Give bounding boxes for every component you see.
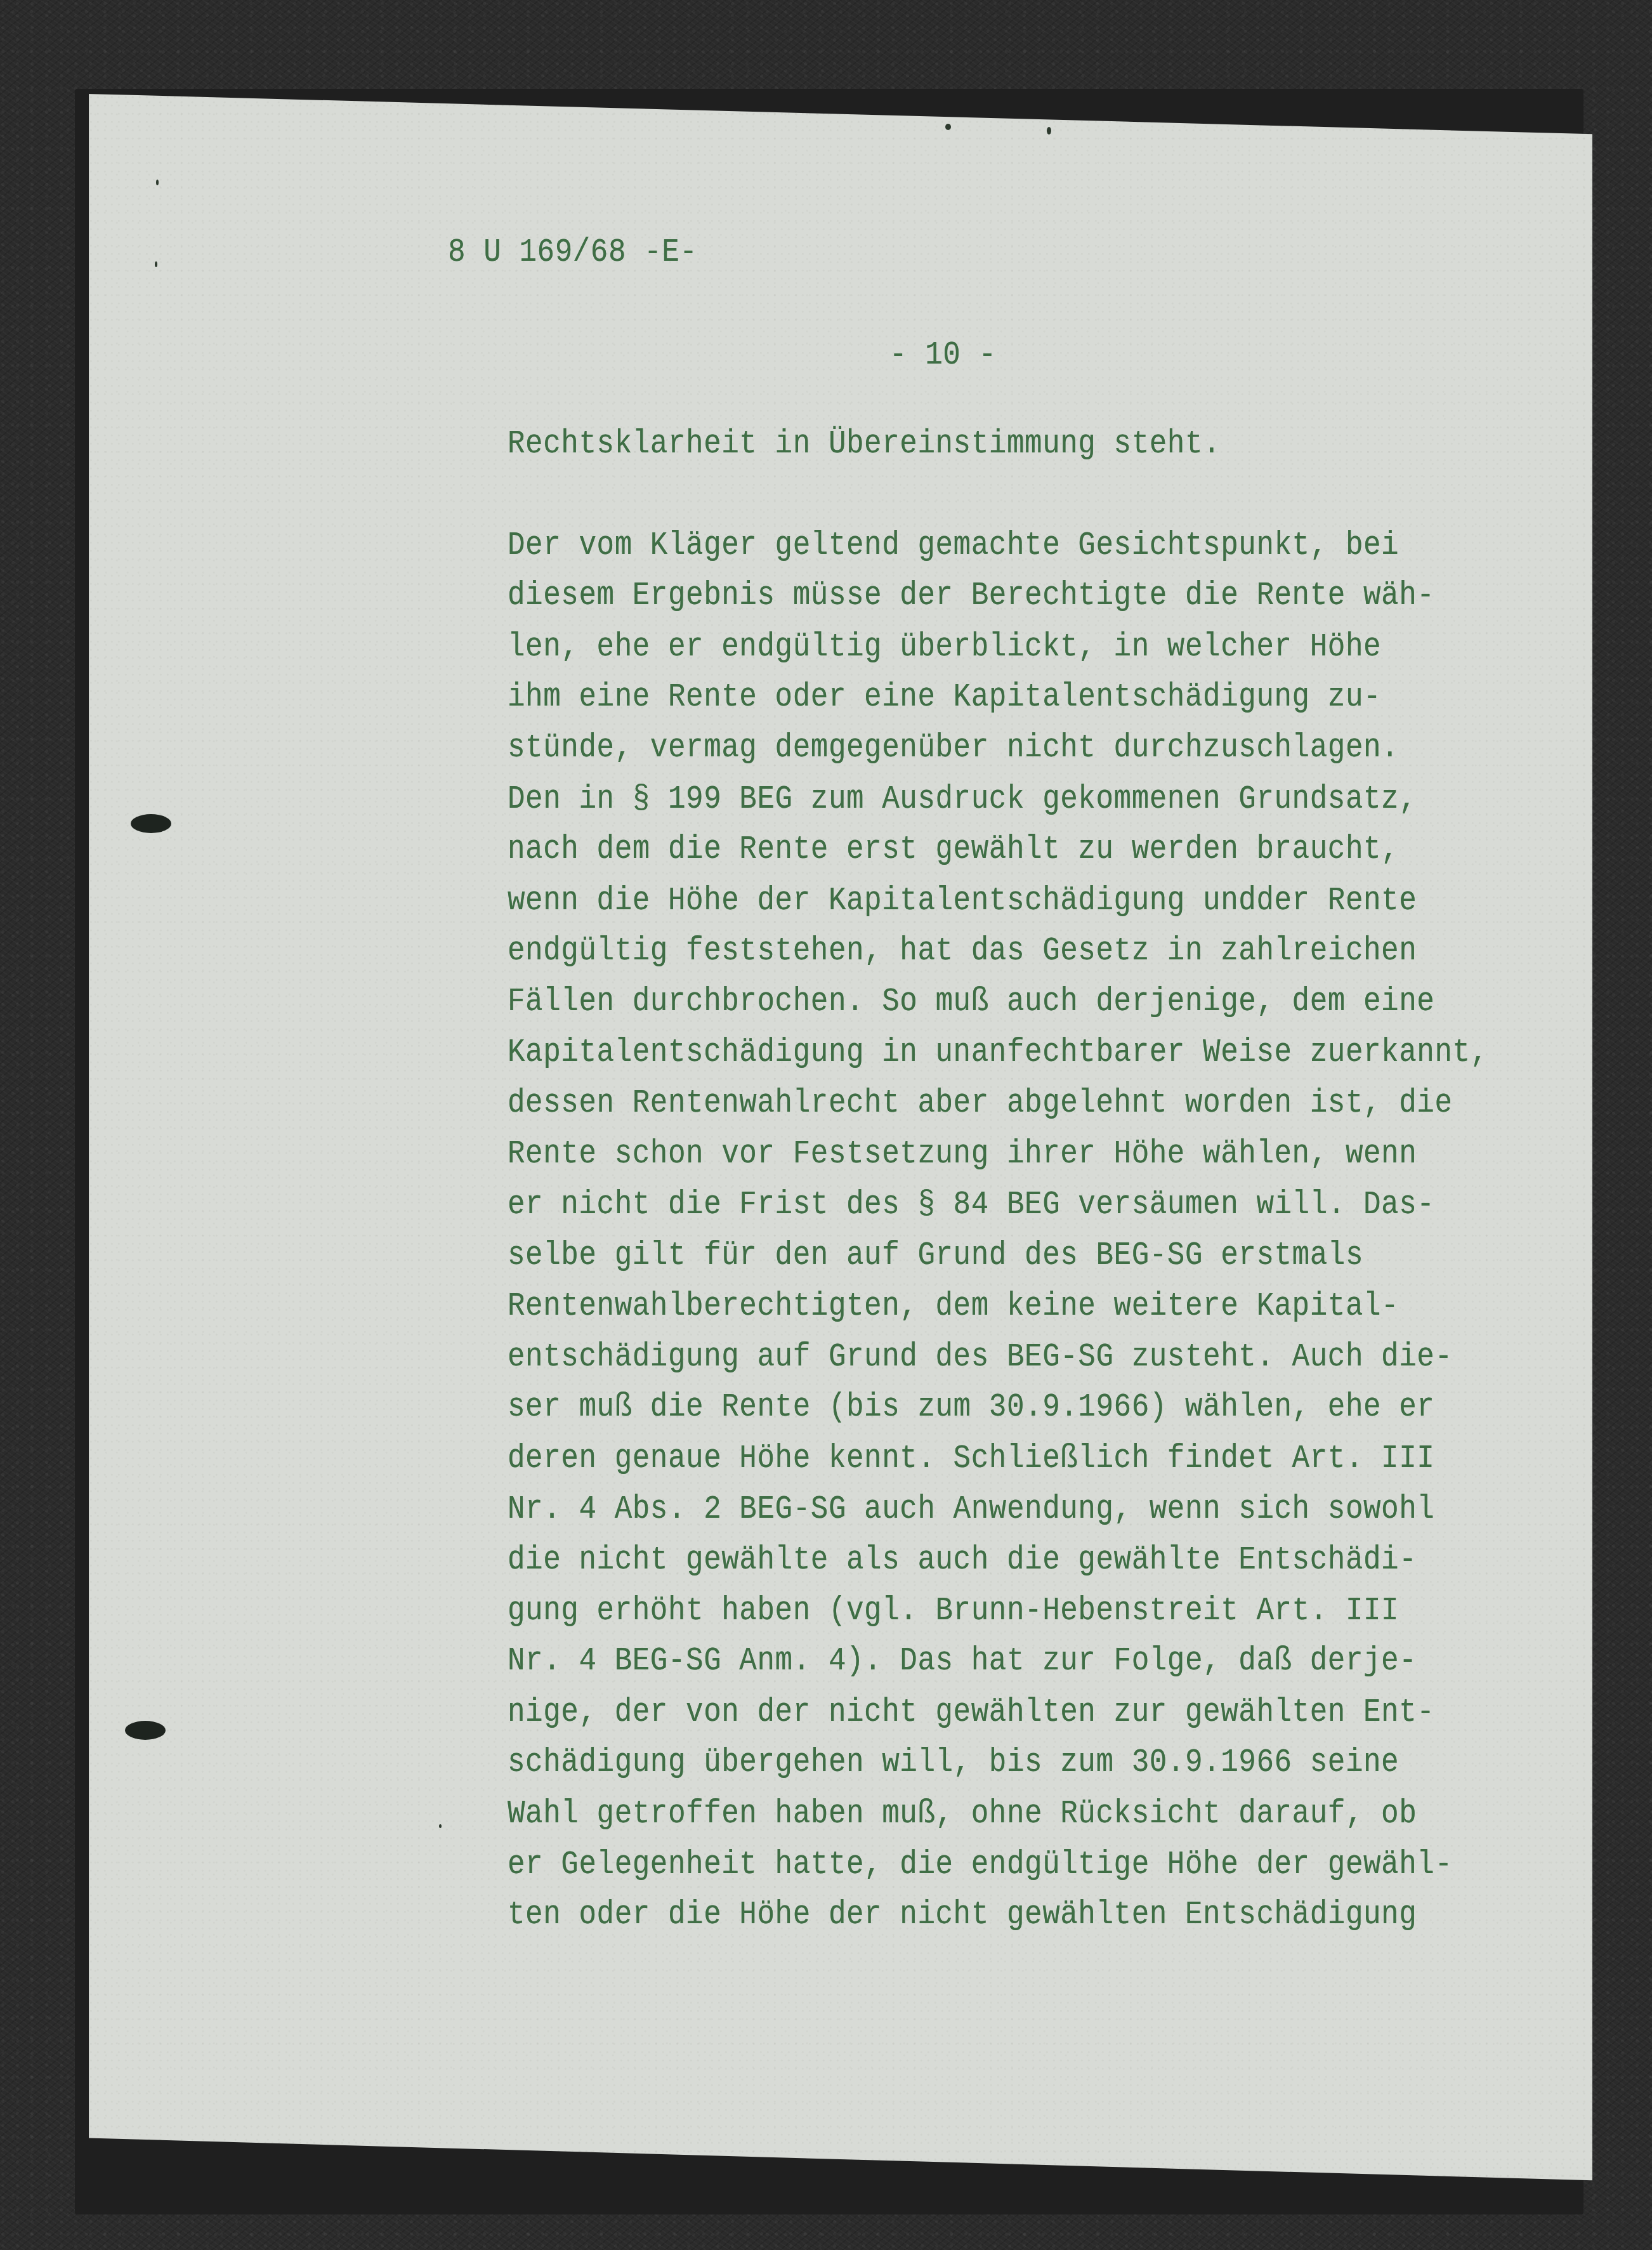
page-number: - 10 -	[889, 330, 997, 381]
ink-speck	[945, 124, 951, 130]
text-line: Den in § 199 BEG zum Ausdruck gekommenen…	[508, 774, 1488, 825]
text-line: er Gelegenheit hatte, die endgültige Höh…	[508, 1839, 1488, 1890]
ink-speck	[155, 261, 157, 267]
text-line: Nr. 4 BEG-SG Anm. 4). Das hat zur Folge,…	[508, 1636, 1488, 1687]
text-line: ten oder die Höhe der nicht gewählten En…	[508, 1890, 1488, 1941]
text-line: nach dem die Rente erst gewählt zu werde…	[508, 825, 1488, 876]
text-line: schädigung übergehen will, bis zum 30.9.…	[508, 1738, 1488, 1789]
ink-speck	[439, 1824, 442, 1828]
text-line: endgültig feststehen, hat das Gesetz in …	[508, 926, 1488, 977]
punch-hole-icon	[131, 814, 171, 833]
text-line: Wahl getroffen haben muß, ohne Rücksicht…	[508, 1789, 1488, 1839]
text-line: Nr. 4 Abs. 2 BEG-SG auch Anwendung, wenn…	[508, 1484, 1488, 1535]
text-line: Der vom Kläger geltend gemachte Gesichts…	[508, 520, 1488, 571]
case-number: 8 U 169/68 -E-	[448, 227, 697, 278]
text-line: Kapitalentschädigung in unanfechtbarer W…	[508, 1027, 1488, 1078]
paragraph-gap	[508, 470, 1488, 520]
text-line: stünde, vermag demgegenüber nicht durchz…	[508, 723, 1488, 774]
text-line: entschädigung auf Grund des BEG-SG zuste…	[508, 1332, 1488, 1383]
text-line: nige, der von der nicht gewählten zur ge…	[508, 1687, 1488, 1738]
ink-speck	[156, 180, 159, 185]
text-line: gung erhöht haben (vgl. Brunn-Hebenstrei…	[508, 1586, 1488, 1636]
text-line: Rente schon vor Festsetzung ihrer Höhe w…	[508, 1129, 1488, 1180]
text-line: Fällen durchbrochen. So muß auch derjeni…	[508, 977, 1488, 1028]
text-line: len, ehe er endgültig überblickt, in wel…	[508, 622, 1488, 673]
text-line: die nicht gewählte als auch die gewählte…	[508, 1535, 1488, 1586]
ink-speck	[1047, 127, 1051, 135]
text-line: Rechtsklarheit in Übereinstimmung steht.	[508, 419, 1488, 470]
text-line: er nicht die Frist des § 84 BEG versäume…	[508, 1180, 1488, 1230]
text-line: ihm eine Rente oder eine Kapitalentschäd…	[508, 673, 1488, 723]
text-line: selbe gilt für den auf Grund des BEG-SG …	[508, 1230, 1488, 1281]
text-line: diesem Ergebnis müsse der Berechtigte di…	[508, 571, 1488, 622]
text-line: dessen Rentenwahlrecht aber abgelehnt wo…	[508, 1078, 1488, 1129]
text-line: ser muß die Rente (bis zum 30.9.1966) wä…	[508, 1383, 1488, 1433]
punch-hole-icon	[125, 1721, 166, 1740]
text-line: Rentenwahlberechtigten, dem keine weiter…	[508, 1281, 1488, 1332]
text-line: wenn die Höhe der Kapitalentschädigung u…	[508, 876, 1488, 926]
text-line: deren genaue Höhe kennt. Schließlich fin…	[508, 1433, 1488, 1484]
document-body: Rechtsklarheit in Übereinstimmung steht.…	[508, 419, 1488, 1941]
